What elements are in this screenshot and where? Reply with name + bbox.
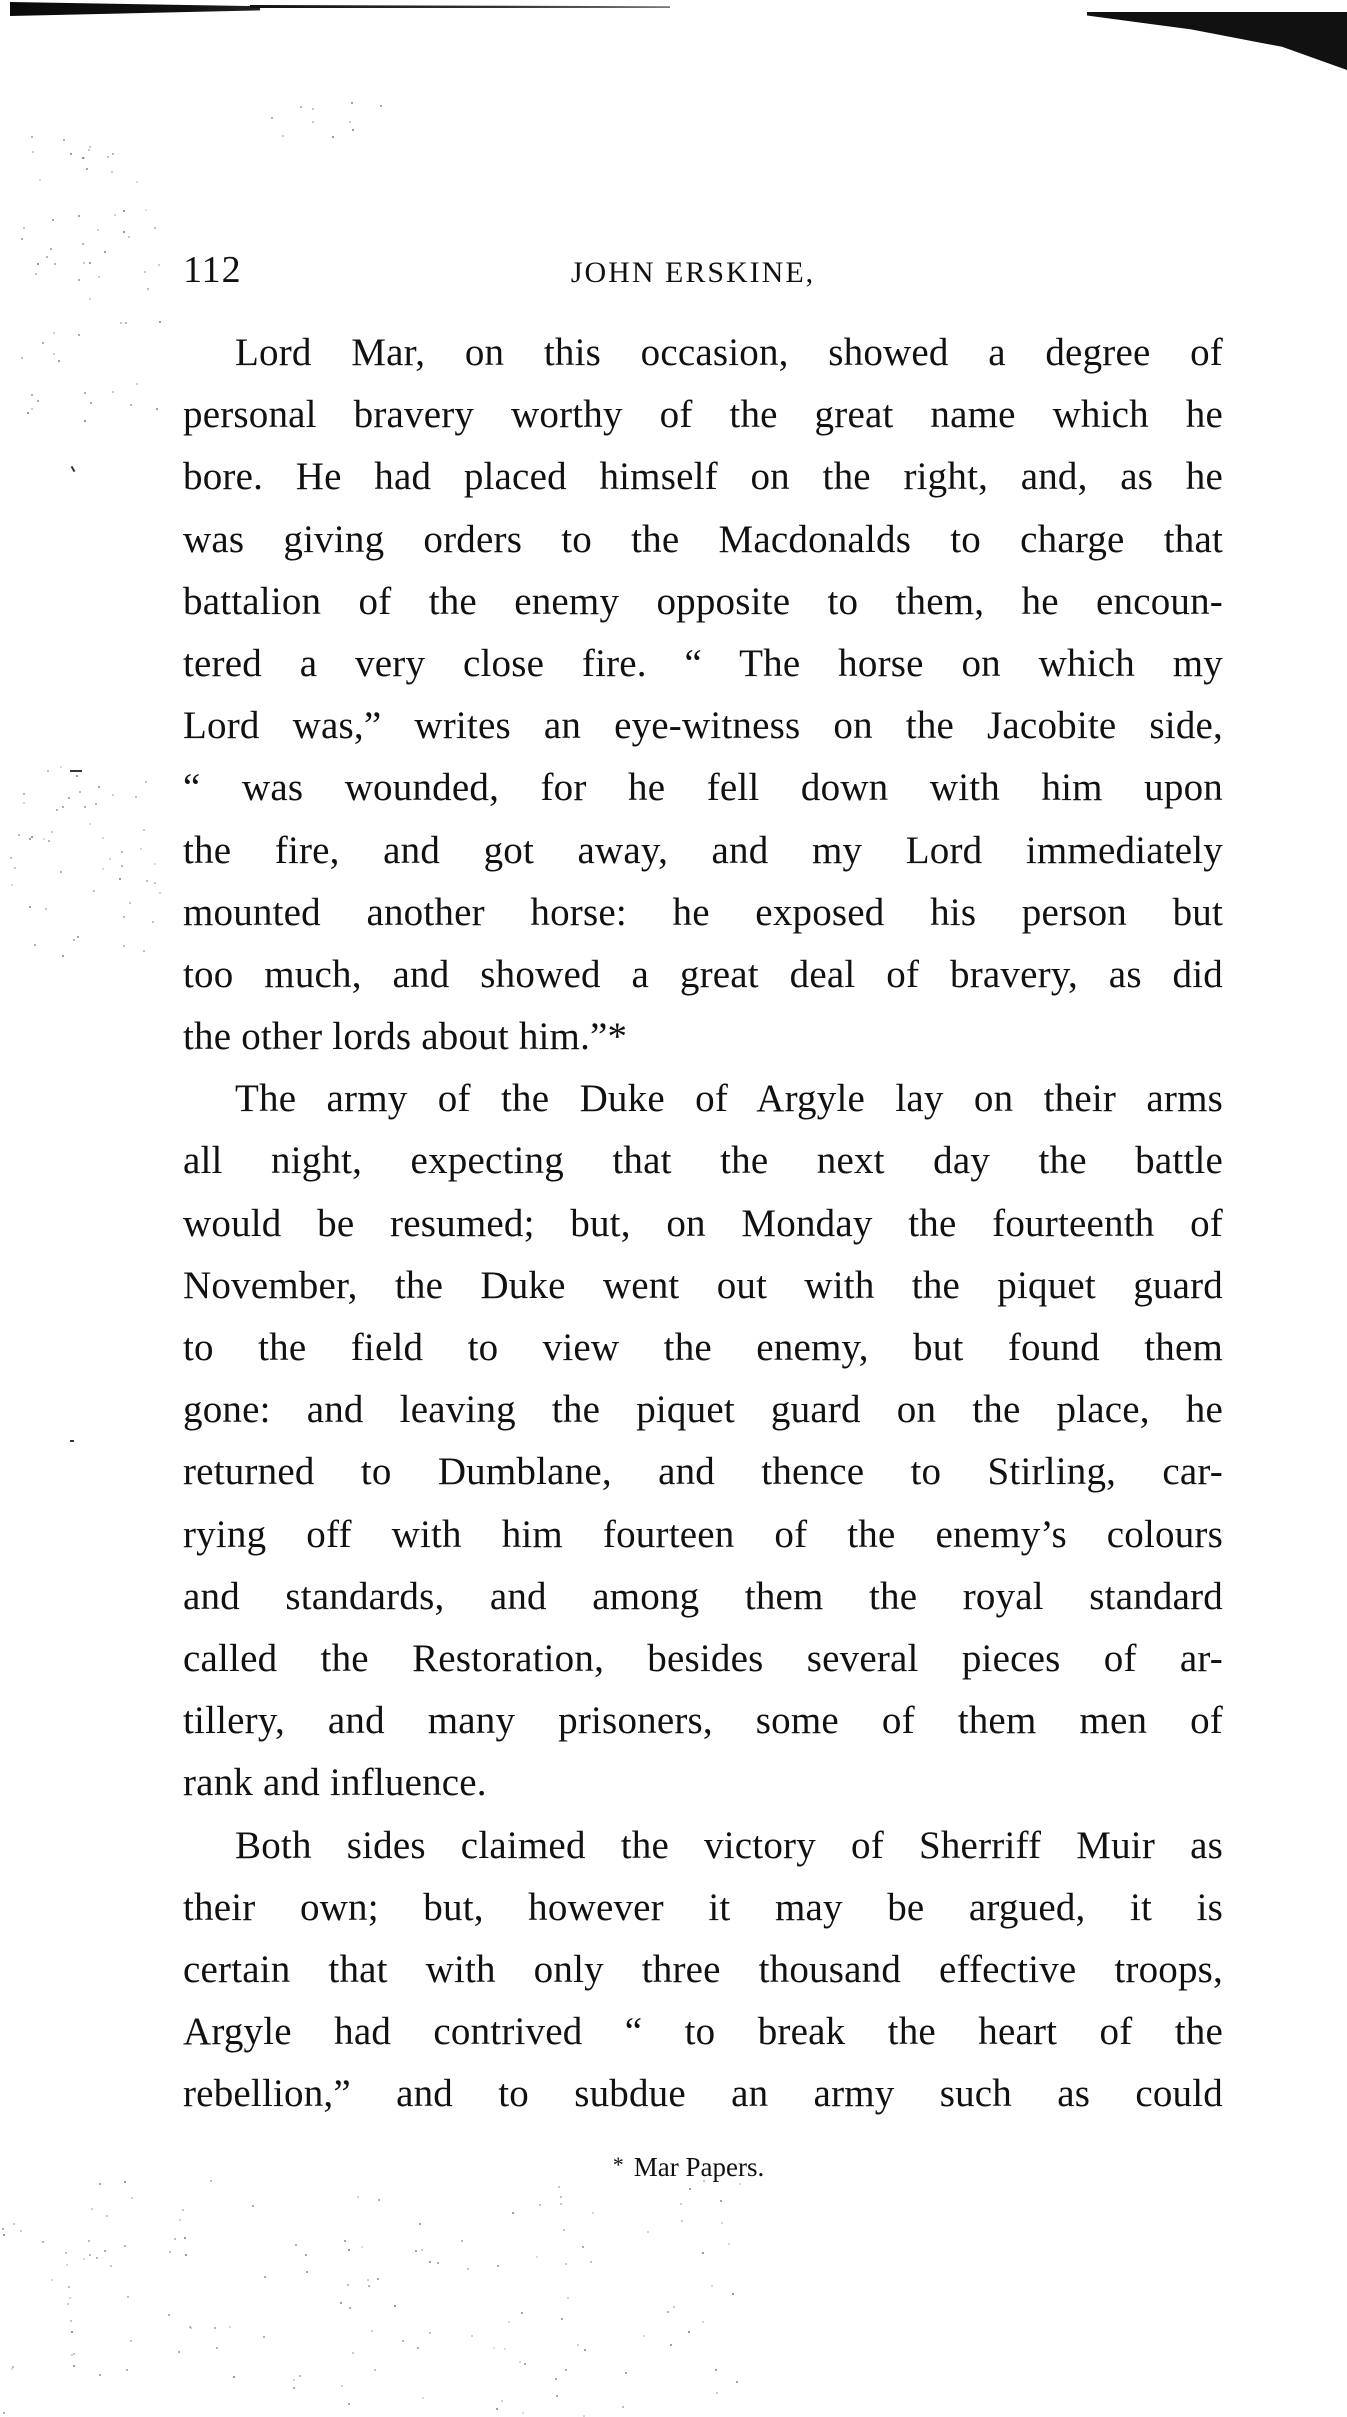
footnote-marker: * [613,2152,624,2177]
scan-speckle [88,2240,90,2242]
scan-speckle [263,2336,265,2338]
scan-speckle [78,215,80,217]
scan-speckle [45,908,47,910]
scan-artifact-top-right [1087,12,1347,70]
scan-speckle [156,408,158,410]
scan-speckle [128,236,130,238]
scan-speckle [374,2369,376,2371]
scan-speckle [471,2335,473,2337]
scan-speckle [184,2237,186,2239]
scan-speckle [125,322,127,324]
scan-speckle [93,890,95,892]
scan-speckle [721,2222,723,2224]
scan-speckle [179,2219,181,2221]
scan-speckle [97,229,99,231]
scan-speckle [643,2335,645,2337]
scan-speckle [130,404,132,406]
scan-speckle [702,2252,704,2254]
scan-speckle [567,2297,569,2299]
text-line: and standards, and among them the royal … [183,1566,1223,1628]
scan-speckle [728,2243,730,2245]
scan-speckle [711,2285,713,2287]
scan-speckle [736,2381,738,2383]
scan-speckle [31,408,33,410]
scan-speckle [82,243,84,245]
margin-mark [70,770,82,772]
scan-speckle [305,2254,307,2256]
scan-speckle [229,2326,231,2328]
scan-speckle [332,136,334,138]
scan-speckle [158,264,160,266]
scan-speckle [673,2306,675,2308]
scan-speckle [11,2368,13,2370]
scan-speckle [367,2279,369,2281]
scan-speckle [168,2314,170,2316]
scan-speckle [522,2412,524,2414]
scan-speckle [48,840,50,842]
scan-speckle [461,2240,463,2242]
scan-speckle [82,157,84,159]
text-line: was giving orders to the Macdonalds to c… [183,509,1223,571]
scan-speckle [419,2223,421,2225]
text-line: to the field to view the enemy, but foun… [183,1317,1223,1379]
scan-speckle [90,402,92,404]
scan-speckle [52,219,54,221]
scan-speckle [371,2330,373,2332]
scan-speckle [421,2249,423,2251]
scan-speckle [20,2230,22,2232]
scan-speckle [76,775,78,777]
scan-speckle [720,2200,722,2202]
scan-speckle [556,2395,558,2397]
scan-speckle [3,2234,5,2236]
scan-speckle [86,168,88,170]
scan-speckle [123,231,125,233]
scan-speckle [114,214,116,216]
text-line: would be resumed; but, on Monday the fou… [183,1193,1223,1255]
scan-speckle [62,955,64,957]
scan-speckle [306,2271,308,2273]
scan-speckle [111,171,113,173]
scan-speckle [34,944,36,946]
scan-speckle [312,108,314,110]
scan-speckle [60,766,62,768]
scan-speckle [282,135,284,137]
scan-speckle [37,263,39,265]
text-line: tillery, and many prisoners, some of the… [183,1690,1223,1752]
scan-speckle [102,868,104,870]
scan-speckle [119,878,121,880]
scan-speckle [357,2196,359,2198]
text-line: rank and influence. [183,1752,1223,1814]
scan-speckle [10,857,12,859]
scan-speckle [582,2246,584,2248]
scan-speckle [112,153,114,155]
scan-speckle [29,906,31,908]
scan-speckle [560,2203,562,2205]
scan-speckle [577,2344,579,2346]
text-line: battalion of the enemy opposite to them,… [183,571,1223,633]
text-line: certain that with only three thousand ef… [183,1939,1223,2001]
scan-speckle [89,146,91,148]
scan-speckle [83,262,85,264]
scan-speckle [23,793,25,795]
scan-artifact-top-left [10,2,260,16]
scan-speckle [68,2286,70,2288]
scan-speckle [377,2278,379,2280]
scan-speckle [42,342,44,344]
scan-speckle [68,797,70,799]
scan-speckle [31,836,33,838]
scan-speckle [107,156,109,158]
scan-speckle [78,279,80,281]
scan-speckle [147,288,149,290]
scan-speckle [102,837,104,839]
scan-speckle [143,829,145,831]
scan-speckle [121,851,123,853]
scan-speckle [739,2183,741,2185]
scan-artifact-top-left-line [250,5,670,8]
scan-speckle [348,2249,350,2251]
scan-speckle [716,2392,718,2394]
scan-speckle [169,2251,171,2253]
scan-speckle [178,2351,180,2353]
scan-speckle [31,136,33,138]
text-line: the other lords about him.”* [183,1006,1223,1068]
scan-speckle [58,360,60,362]
scan-speckle [60,871,62,873]
scan-speckle [214,2327,216,2329]
scan-speckle [112,794,114,796]
scan-speckle [143,950,145,952]
text-line: all night, expecting that the next day t… [183,1130,1223,1192]
text-line: the fire, and got away, and my Lord imme… [183,820,1223,882]
scan-speckle [159,892,161,894]
scan-speckle [590,2261,592,2263]
scan-speckle [67,2303,69,2305]
scan-speckle [84,806,86,808]
scan-speckle [123,945,125,947]
scan-speckle [54,263,56,265]
footnote: *Mar Papers. [0,2152,1347,2183]
scan-speckle [96,2257,98,2259]
scan-speckle [565,2369,567,2371]
scan-speckle [95,803,97,805]
scan-speckle [565,2263,567,2265]
scan-speckle [190,2327,192,2329]
scan-speckle [349,121,351,123]
scan-speckle [378,2199,380,2201]
scan-speckle [508,2321,510,2323]
text-line: November, the Duke went out with the piq… [183,1255,1223,1317]
scan-speckle [689,2188,691,2190]
text-line: bore. He had placed himself on the right… [183,446,1223,508]
scan-speckle [185,2254,187,2256]
scan-speckle [56,809,58,811]
scan-speckle [271,117,273,119]
scan-speckle [43,838,45,840]
running-header: 112 JOHN ERSKINE, [183,248,1263,298]
scan-speckle [558,2186,560,2188]
scan-speckle [121,865,123,867]
scan-speckle [402,2340,404,2342]
scan-speckle [78,334,80,336]
scan-speckle [123,210,125,212]
text-line: “ was wounded, for he fell down with him… [183,757,1223,819]
text-line: personal bravery worthy of the great nam… [183,384,1223,446]
scan-speckle [437,2262,439,2264]
scan-speckle [91,2208,93,2210]
scan-speckle [252,2205,254,2207]
scan-speckle [50,248,52,250]
scan-speckle [145,781,147,783]
scan-speckle [560,2196,562,2198]
scan-speckle [31,394,33,396]
scan-speckle [670,2344,672,2346]
scan-speckle [104,251,106,253]
scan-speckle [344,2240,346,2242]
scan-speckle [715,2369,717,2371]
scan-speckle [51,2279,53,2281]
scan-speckle [561,2318,563,2320]
scan-speckle [47,770,49,772]
scan-speckle [174,2238,176,2240]
scan-speckle [555,2378,557,2380]
scan-speckle [23,227,25,229]
scan-speckle [312,121,314,123]
scan-speckle [625,2372,627,2374]
scan-speckle [680,2203,682,2205]
scan-speckle [340,2302,342,2304]
scan-speckle [104,2250,106,2252]
scan-speckle [23,802,25,804]
scan-speckle [182,2209,184,2211]
running-head-title: JOHN ERSKINE, [183,256,1263,290]
margin-mark [70,1440,74,1442]
paragraph-1: Lord Mar, on this occasion, showed a deg… [183,322,1223,1068]
text-line: Lord was,” writes an eye-witness on the … [183,695,1223,757]
scan-speckle [467,2268,469,2270]
scan-speckle [112,391,114,393]
scan-speckle [299,2375,301,2377]
text-line: Lord Mar, on this occasion, showed a deg… [183,322,1223,384]
scan-speckle [504,2348,506,2350]
scan-speckle [681,2220,683,2222]
scan-speckle [144,271,146,273]
scan-speckle [422,2397,424,2399]
text-line: rebellion,” and to subdue an army such a… [183,2063,1223,2125]
scan-speckle [647,2231,649,2233]
scan-speckle [145,209,147,211]
scan-speckle [42,2241,44,2243]
scan-speckle [109,858,111,860]
scan-speckle [584,2349,586,2351]
scan-speckle [264,2276,266,2278]
scan-speckle [110,2265,112,2267]
text-line: Both sides claimed the victory of Sherri… [183,1815,1223,1877]
scan-speckle [521,2312,523,2314]
scan-speckle [14,867,16,869]
scan-speckle [348,2403,350,2405]
scan-speckle [429,2332,431,2334]
scan-speckle [18,834,20,836]
scan-speckle [21,357,23,359]
scan-speckle [46,256,48,258]
scan-speckle [341,2385,343,2387]
text-line: rying off with him fourteen of the enemy… [183,1504,1223,1566]
scan-speckle [417,2347,419,2349]
scan-speckle [63,139,65,141]
scan-speckle [83,2258,85,2260]
scan-speckle [154,882,156,884]
scan-speckle [136,181,138,183]
scan-speckle [98,786,100,788]
scan-speckle [130,2340,132,2342]
scan-speckle [3,2412,5,2414]
scan-speckle [154,863,156,865]
scan-speckle [351,102,353,104]
scan-speckle [37,400,39,402]
scan-speckle [2,2228,4,2230]
scan-speckle [622,2406,624,2408]
scan-speckle [216,2347,218,2349]
scan-speckle [98,276,100,278]
text-line: their own; but, however it may be argued… [183,1877,1223,1939]
scan-speckle [126,2369,128,2371]
scan-speckle [539,2204,541,2206]
scan-speckle [39,179,41,181]
scan-speckle [27,412,29,414]
scan-speckle [35,273,37,275]
text-line: mounted another horse: he exposed his pe… [183,882,1223,944]
scan-speckle [154,227,156,229]
scan-speckle [106,2215,108,2217]
scan-speckle [120,322,122,324]
margin-mark [71,466,76,472]
scan-speckle [89,2254,91,2256]
scan-speckle [688,2331,690,2333]
scan-speckle [300,106,302,108]
scan-speckle [99,2183,101,2185]
scan-speckle [51,831,53,833]
scan-speckle [293,2379,295,2381]
scan-speckle [84,392,86,394]
scan-speckle [493,2347,495,2349]
scan-speckle [501,2400,503,2402]
scan-speckle [347,2284,349,2286]
scan-speckle [519,2361,521,2363]
scan-speckle [732,2293,734,2295]
scan-speckle [368,2285,370,2287]
scan-speckle [32,151,34,153]
scan-speckle [146,880,148,882]
scan-speckle [88,149,90,151]
paragraph-3: Both sides claimed the victory of Sherri… [183,1815,1223,2126]
paragraph-2: The army of the Duke of Argyle lay on th… [183,1068,1223,1814]
scan-speckle [69,2297,71,2299]
scan-speckle [159,321,161,323]
scan-speckle [129,902,131,904]
scan-speckle [136,383,138,385]
footnote-text: Mar Papers. [634,2152,764,2182]
scan-speckle [361,2246,363,2248]
scan-speckle [62,806,64,808]
scan-speckle [592,2212,594,2214]
text-line: returned to Dumblane, and thence to Stir… [183,1441,1223,1503]
scan-speckle [524,2363,526,2365]
scan-speckle [53,353,55,355]
text-line: too much, and showed a great deal of bra… [183,944,1223,1006]
scan-speckle [79,791,81,793]
scan-speckle [563,2229,565,2231]
scan-speckle [352,2352,354,2354]
scan-speckle [66,2264,68,2266]
scan-speckle [293,2387,295,2389]
scan-speckle [73,939,75,941]
scan-speckle [496,2408,498,2410]
scan-speckle [352,129,354,131]
scan-speckle [429,2261,431,2263]
scan-speckle [53,332,55,334]
scan-speckle [124,2245,126,2247]
scan-speckle [65,2252,67,2254]
scan-speckle [415,2250,417,2252]
scan-speckle [233,2376,235,2378]
scan-speckle [512,2212,514,2214]
scan-speckle [349,2307,351,2309]
scan-speckle [71,2331,73,2333]
scan-speckle [702,2321,704,2323]
scan-speckle [380,105,382,107]
scan-speckle [89,823,91,825]
scan-speckle [89,298,91,300]
scan-speckle [295,2244,297,2246]
scan-speckle [152,921,154,923]
scan-speckle [89,262,91,264]
body-text: Lord Mar, on this occasion, showed a deg… [183,322,1223,2125]
scan-speckle [99,2374,101,2376]
scan-speckle [497,2265,499,2267]
scan-speckle [131,2197,133,2199]
scan-speckle [77,936,79,938]
text-line: gone: and leaving the piquet guard on th… [183,1379,1223,1441]
scan-speckle [73,2365,75,2367]
scan-speckle [29,838,31,840]
scan-speckle [123,916,125,918]
scan-speckle [73,2353,75,2355]
scan-speckle [536,2256,538,2258]
text-line: Argyle had contrived “ to break the hear… [183,2001,1223,2063]
scan-speckle [70,2320,72,2322]
scan-speckle [135,796,137,798]
scan-speckle [13,2223,15,2225]
scan-speckle [21,238,23,240]
text-line: called the Restoration, besides several … [183,1628,1223,1690]
scan-speckle [70,153,72,155]
scan-speckle [140,848,142,850]
scan-speckle [11,884,13,886]
scan-speckle [394,2305,396,2307]
scan-speckle [127,2296,129,2298]
scan-speckle [84,420,86,422]
text-line: The army of the Duke of Argyle lay on th… [183,1068,1223,1130]
text-line: tered a very close fire. “ The horse on … [183,633,1223,695]
scan-speckle [667,2311,669,2313]
